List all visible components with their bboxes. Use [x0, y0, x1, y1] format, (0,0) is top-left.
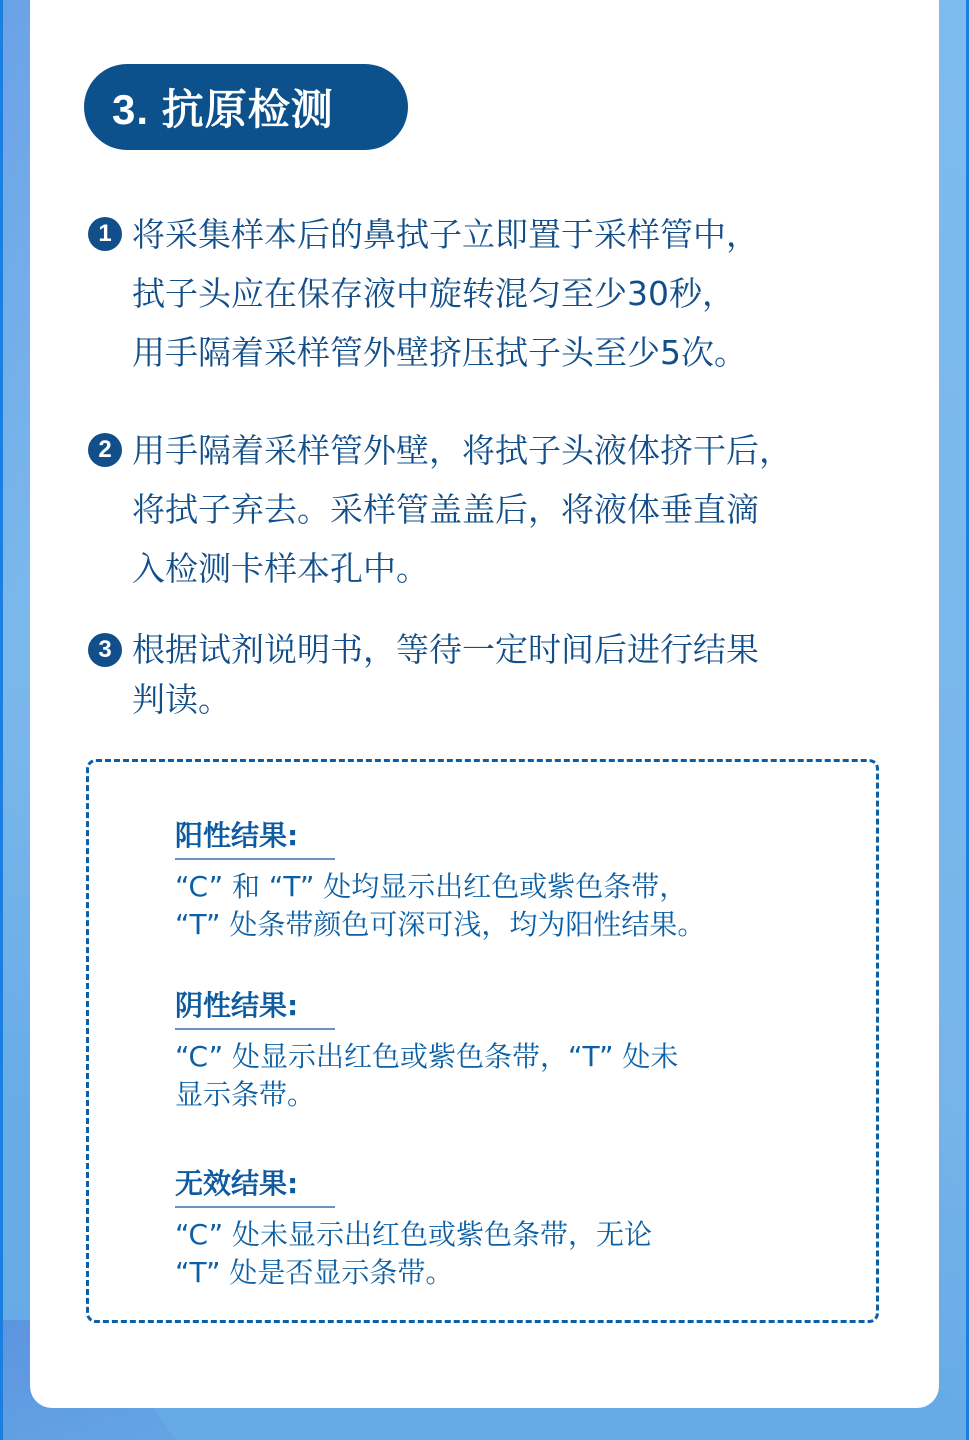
step-number-icon: 3 — [88, 633, 122, 667]
step-text-line: 判读。 — [132, 675, 888, 725]
left-border — [0, 0, 3, 1440]
step-text-line: 用手隔着采样管外壁挤压拭子头至少5次。 — [132, 323, 888, 382]
step-text-line: 入检测卡样本孔中。 — [132, 539, 888, 598]
result-heading: 无效结果: — [175, 1162, 335, 1208]
step-text-line: 将采集样本后的鼻拭子立即置于采样管中， — [132, 205, 888, 264]
step-text-line: 根据试剂说明书，等待一定时间后进行结果 — [132, 625, 888, 675]
result-text-line: “T” 处是否显示条带。 — [175, 1254, 815, 1292]
result-text-line: 显示条带。 — [175, 1076, 815, 1114]
result-heading: 阳性结果: — [175, 814, 335, 860]
step-text-line: 用手隔着采样管外壁，将拭子头液体挤干后， — [132, 421, 888, 480]
step-text-line: 将拭子弃去。采样管盖盖后，将液体垂直滴 — [132, 480, 888, 539]
result-text-line: “T” 处条带颜色可深可浅，均为阳性结果。 — [175, 906, 815, 944]
step-text-line: 拭子头应在保存液中旋转混匀至少30秒， — [132, 264, 888, 323]
results-box: 阳性结果: “C” 和 “T” 处均显示出红色或紫色条带， “T” 处条带颜色可… — [86, 759, 879, 1323]
step-3: 3 根据试剂说明书，等待一定时间后进行结果 判读。 — [88, 625, 888, 725]
step-number-icon: 1 — [88, 217, 122, 251]
result-positive: 阳性结果: “C” 和 “T” 处均显示出红色或紫色条带， “T” 处条带颜色可… — [175, 814, 815, 944]
section-title: 3. 抗原检测 — [112, 77, 334, 137]
result-text-line: “C” 处未显示出红色或紫色条带，无论 — [175, 1216, 815, 1254]
step-2: 2 用手隔着采样管外壁，将拭子头液体挤干后， 将拭子弃去。采样管盖盖后，将液体垂… — [88, 421, 888, 598]
result-heading: 阴性结果: — [175, 984, 335, 1030]
result-text-line: “C” 和 “T” 处均显示出红色或紫色条带， — [175, 868, 815, 906]
step-number-icon: 2 — [88, 433, 122, 467]
step-1: 1 将采集样本后的鼻拭子立即置于采样管中， 拭子头应在保存液中旋转混匀至少30秒… — [88, 205, 888, 382]
section-title-badge: 3. 抗原检测 — [84, 64, 408, 150]
result-negative: 阴性结果: “C” 处显示出红色或紫色条带，“T” 处未 显示条带。 — [175, 984, 815, 1114]
result-invalid: 无效结果: “C” 处未显示出红色或紫色条带，无论 “T” 处是否显示条带。 — [175, 1162, 815, 1292]
result-text-line: “C” 处显示出红色或紫色条带，“T” 处未 — [175, 1038, 815, 1076]
